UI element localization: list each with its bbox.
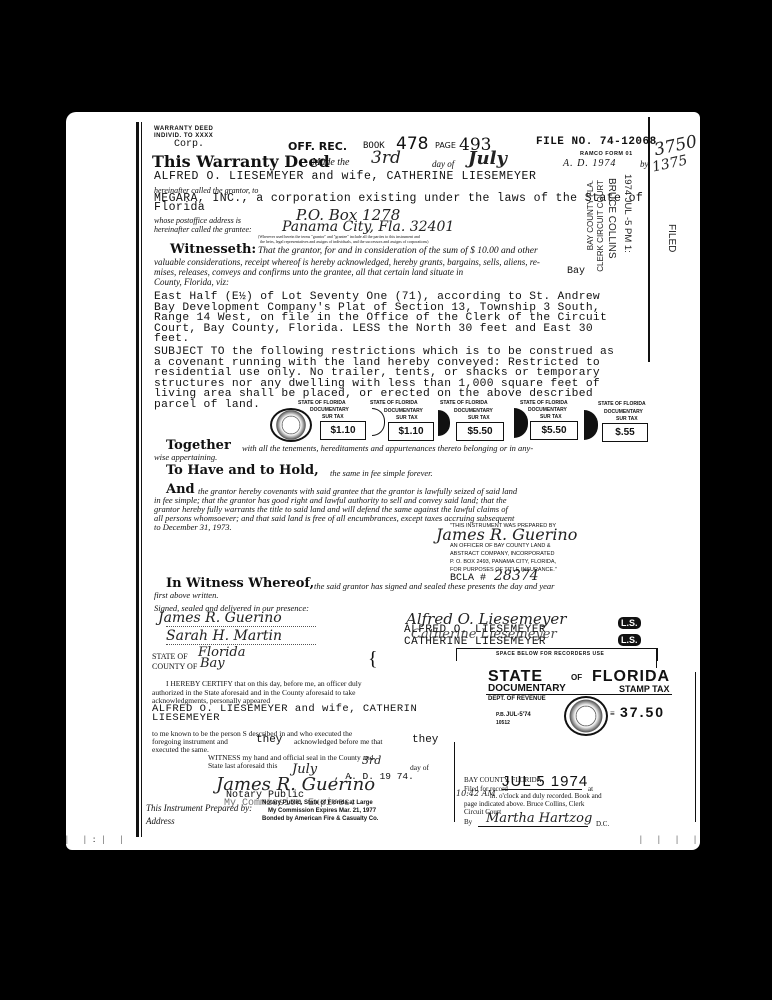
witness-signature-1: James R. Guerino xyxy=(158,610,282,626)
deed-title: This Warranty Deed xyxy=(152,152,330,171)
instrument-prepared-label: This Instrument Prepared by: xyxy=(146,803,252,813)
stamp-type: DOCUMENTARY xyxy=(454,408,493,414)
bottom-ticks-left: | |:| | xyxy=(66,834,129,844)
persons-appeared-2: LIESEMEYER xyxy=(152,712,220,724)
day-of-label: day of xyxy=(432,159,454,169)
stamp-pb-label: P.B. xyxy=(496,712,505,718)
stamp-type: DOCUMENTARY xyxy=(528,407,567,413)
filed-date: JUL 5 1974 xyxy=(502,773,588,790)
have-hold-title: To Have and to Hold, xyxy=(166,463,319,478)
legal-description: East Half (E½) of Lot Seventy One (71), … xyxy=(154,292,607,345)
by-label: by xyxy=(640,159,649,169)
brace: { xyxy=(368,648,378,671)
seal-icon xyxy=(584,410,598,440)
stamp-amount: $1.10 xyxy=(388,422,434,441)
deed-month: July xyxy=(468,148,507,169)
county-value-ack: Bay xyxy=(200,656,225,671)
recorder-divider-left xyxy=(454,742,455,822)
clerk-stamp-county: BAY COUNTY FLA. xyxy=(586,180,595,250)
page-label: PAGE xyxy=(435,141,456,150)
witness-day: 3rd xyxy=(362,754,381,767)
grantee-called-label: hereinafter called the grantee: xyxy=(154,225,252,234)
stamp-dept: DEPT. OF REVENUE xyxy=(488,696,546,702)
stamp-type: DOCUMENTARY xyxy=(384,408,423,414)
stamp-of-word: OF xyxy=(571,673,582,682)
known-line-2b: they xyxy=(256,734,282,746)
recorder-box-edge xyxy=(656,648,657,668)
stamp-state-word: STATE xyxy=(488,670,543,684)
filed-date-line xyxy=(502,789,582,790)
made-the-label: Made the xyxy=(312,157,350,168)
have-hold-text: the same in fee simple forever. xyxy=(330,468,433,478)
file-number: FILE NO. 74-12068 xyxy=(536,136,657,148)
form-type-corp: Corp. xyxy=(174,139,204,150)
by-label-recording: By xyxy=(464,818,472,826)
seal-icon xyxy=(438,410,450,436)
clerk-stamp-date: 1974 JUL -5 PM 1: xyxy=(622,174,633,253)
restriction-line: residential use only. No trailer, tents,… xyxy=(154,368,614,379)
ls-seal-1: L.S. xyxy=(618,617,641,629)
stamp-pb-number: 10512 xyxy=(496,720,510,726)
stamp-state: STATE OF FLORIDA xyxy=(370,400,418,406)
stamp-tax: SUR TAX xyxy=(322,414,344,420)
stamp-tax-label: STAMP TAX xyxy=(619,684,670,694)
recorded-text-1: m. o'clock and duly recorded. Book and xyxy=(490,792,602,800)
ls-seal-2: L.S. xyxy=(618,634,641,646)
stamp-amount-total: 37.50 xyxy=(620,704,665,720)
deputy-signature-line xyxy=(478,826,588,827)
known-line-2c: acknowledged before me that xyxy=(294,737,383,746)
wherever-note-2: the heirs, legal representatives and ass… xyxy=(260,239,428,244)
left-margin-rule xyxy=(136,122,139,837)
county-value: Bay xyxy=(567,266,585,277)
stamp-type: DOCUMENTARY xyxy=(604,409,643,415)
witness-text-1: the said grantor has signed and sealed t… xyxy=(314,581,555,591)
recorded-text-2: page indicated above. Bruce Collins, Cle… xyxy=(464,800,584,808)
witness-text-2: first above written. xyxy=(154,590,218,600)
witnesseth-text-1: That the grantor, for and in considerati… xyxy=(258,246,538,256)
notary-stamp-2: My Commission Expires Mar. 21, 1977 xyxy=(268,808,376,814)
witnesseth-text-2: valuable considerations, receipt whereof… xyxy=(154,257,540,267)
clerk-stamp-name: BRUCE COLLINS xyxy=(606,178,617,259)
stamp-state: STATE OF FLORIDA xyxy=(598,401,646,407)
left-margin-rule-inner xyxy=(141,122,142,837)
stamp-state: STATE OF FLORIDA xyxy=(298,400,346,406)
warranty-deed-page: WARRANTY DEED INDIVID. TO XXXX Corp. OFF… xyxy=(66,112,700,850)
stamp-amount: $5.50 xyxy=(456,422,504,441)
witness-signature-line-1 xyxy=(166,626,316,627)
legal-line: Court, Bay County, Florida. LESS the Nor… xyxy=(154,324,607,335)
form-type-line1: WARRANTY DEED xyxy=(154,126,213,132)
stamp-florida-word: FLORIDA xyxy=(592,670,670,684)
notary-stamp-1: Notary Public, State of Florida at Large xyxy=(262,800,373,806)
restriction-line: living area shall be placed, or erected … xyxy=(154,389,614,400)
together-text-1: with all the tenements, hereditaments an… xyxy=(242,443,533,453)
stamp-documentary: DOCUMENTARY xyxy=(488,684,566,694)
stamp-equals-icon: ≡ xyxy=(610,709,615,718)
florida-seal-icon xyxy=(270,408,312,442)
grantor-names: ALFRED O. LIESEMEYER and wife, CATHERINE… xyxy=(154,170,537,183)
filed-vertical-stamp: FILED xyxy=(666,224,677,252)
certify-line-1: I HEREBY CERTIFY that on this day, befor… xyxy=(166,679,362,688)
stamp-rule xyxy=(486,694,672,695)
state-seal-icon xyxy=(564,696,608,736)
deed-day: 3rd xyxy=(371,148,401,168)
deed-ad-year: A. D. 1974 xyxy=(563,158,616,169)
known-line-2d: they xyxy=(412,734,438,746)
stamp-amount: $5.50 xyxy=(530,421,578,440)
stamp-type: DOCUMENTARY xyxy=(310,407,349,413)
state-label: STATE OF xyxy=(152,652,188,661)
witness-hand-2: State last aforesaid this xyxy=(208,761,277,770)
together-text-2: wise appertaining. xyxy=(154,452,217,462)
right-margin-rule xyxy=(648,117,650,362)
postoffice-label: whose postoffice address is xyxy=(154,216,241,225)
notary-stamp-3: Bonded by American Fire & Casualty Co. xyxy=(262,816,378,822)
stamp-tax: SUR TAX xyxy=(396,415,418,421)
prepared-by-signature: James R. Guerino xyxy=(436,525,577,544)
restriction-line: SUBJECT TO the following restrictions wh… xyxy=(154,347,614,358)
grantee-line2: Florida xyxy=(154,201,205,214)
witness-whereof-title: In Witness Whereof, xyxy=(166,576,314,591)
grantor-name-2: CATHERINE LIESEMEYER xyxy=(404,636,546,648)
grantee-line1: MEGARA, INC., a corporation existing und… xyxy=(154,192,643,205)
witnesseth-title: Witnesseth: xyxy=(170,242,256,257)
stamp-amount: $.55 xyxy=(602,423,648,442)
stamp-tax: SUR TAX xyxy=(468,415,490,421)
recorder-divider-right xyxy=(695,672,696,822)
prepared-by-line4: P. O. BOX 2493, PANAMA CITY, FLORIDA, xyxy=(450,559,556,565)
bottom-ticks-right: | | | | xyxy=(640,834,703,844)
witness-signature-2: Sarah H. Martin xyxy=(166,628,282,644)
stamp-date: JUL-5'74 xyxy=(506,712,531,718)
known-line-3: executed the same. xyxy=(152,745,209,754)
prepared-by-line3: ABSTRACT COMPANY, INCORPORATED xyxy=(450,551,554,557)
clerk-stamp-court: CLERK CIRCUIT COURT xyxy=(596,180,605,272)
legal-line: East Half (E½) of Lot Seventy One (71), … xyxy=(154,292,607,303)
witnesseth-text-3: mises, releases, conveys and confirms un… xyxy=(154,267,463,277)
stamp-state: STATE OF FLORIDA xyxy=(520,400,568,406)
legal-line: Range 14 West, on file in the Office of … xyxy=(154,313,607,324)
deputy-signature: Martha Hartzog xyxy=(486,811,592,826)
prepared-by-line2: AN OFFICER OF BAY COUNTY LAND & xyxy=(450,543,551,549)
stamp-amount: $1.10 xyxy=(320,421,366,440)
recorder-space-label: SPACE BELOW FOR RECORDERS USE xyxy=(496,651,604,657)
together-title: Together xyxy=(166,438,231,453)
grantee-city: Panama City, Fla. 32401 xyxy=(282,219,454,235)
stamp-tax: SUR TAX xyxy=(540,414,562,420)
county-label: COUNTY OF xyxy=(152,662,197,671)
legal-line: feet. xyxy=(154,334,607,345)
form-name: RAMCO FORM 01 xyxy=(580,151,633,157)
stamp-state: STATE OF FLORIDA xyxy=(440,400,488,406)
witnesseth-text-4: County, Florida, viz: xyxy=(154,277,229,287)
seal-icon xyxy=(514,408,528,438)
stamp-tax: SUR TAX xyxy=(616,416,638,422)
and-text-5: to December 31, 1973. xyxy=(154,522,232,532)
dc-label: D.C. xyxy=(596,820,609,828)
address-label: Address xyxy=(146,816,175,826)
